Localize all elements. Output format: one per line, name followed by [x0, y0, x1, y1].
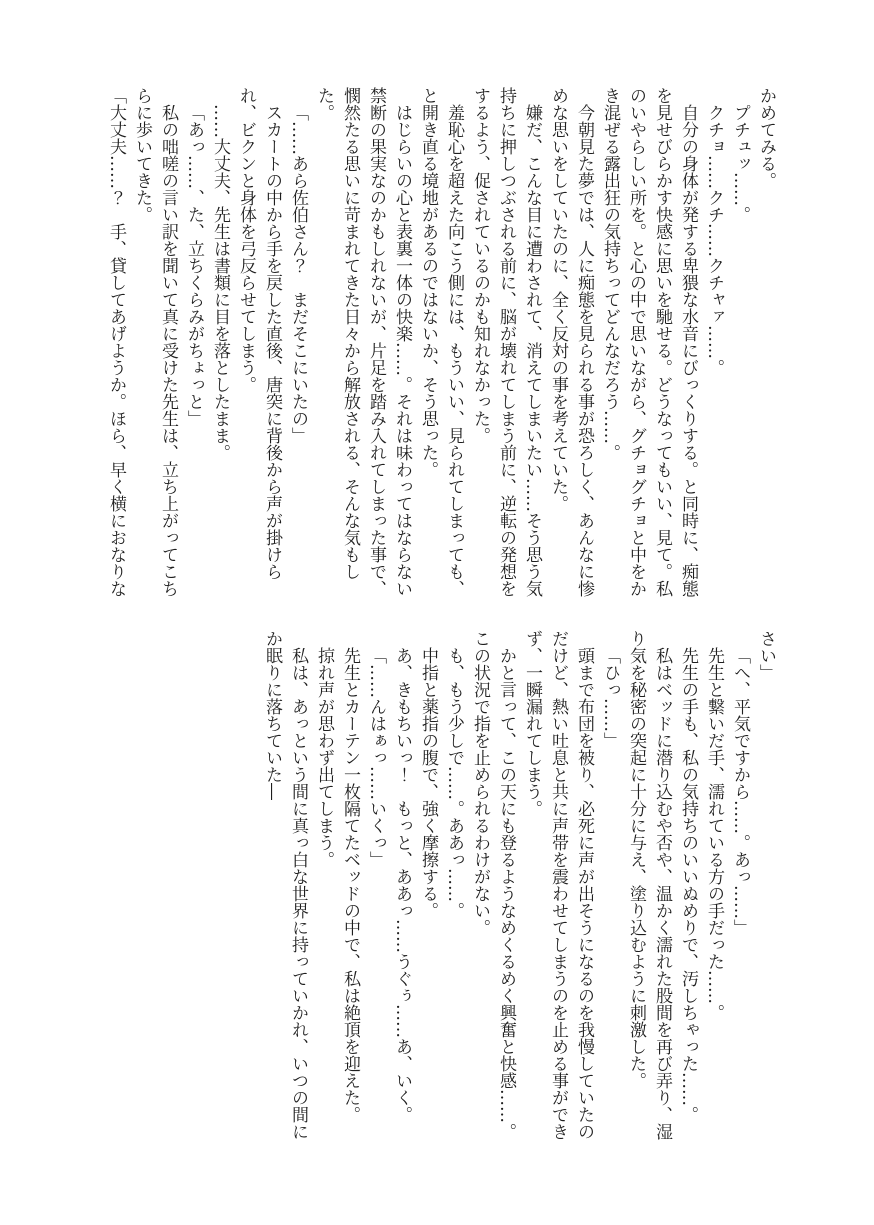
paragraph: 「ひっ……」	[597, 630, 623, 1140]
paragraph: 私は、あっという間に真っ白な世界に持っていかれ、いつの間にか眠りに落ちていた―	[259, 630, 311, 1140]
paragraph: かめてみる。	[753, 87, 779, 597]
paragraph: 頭まで布団を被り、必死に声が出そうになるのを我慢していたのだけど、熱い吐息と共に…	[519, 630, 597, 1140]
paragraph: さい」	[753, 630, 779, 1140]
paragraph: ……大丈夫、先生は書類に目を落としたまま。	[207, 87, 233, 597]
paragraph: 先生の手も、私の気持ちのいいぬめりで、汚しちゃった……。	[675, 630, 701, 1140]
paragraph: はじらいの心と表裏一体の快楽……。それは味わってはならない禁断の果実なのかもしれ…	[311, 87, 415, 597]
paragraph: 「あっ……、た、立ちくらみがちょっと」	[181, 87, 207, 597]
text-block-top: かめてみる。プチュッ……。クチョ……クチ……クチャァ……。自分の身体が発する卑猥…	[103, 87, 779, 597]
paragraph: 先生と繋いだ手、濡れている方の手だった……。	[701, 630, 727, 1140]
paragraph: 先生とカーテン一枚隔てたベッドの中で、私は絶頂を迎えた。	[337, 630, 363, 1140]
paragraph: も、もう少しで……。ああっ……。	[441, 630, 467, 1140]
paragraph: 「……んはぁっ……いくっ」	[363, 630, 389, 1140]
paragraph: 嫌だ、こんな目に遭わされて、消えてしまいたい……そう思う気持ちに押しつぶされる前…	[467, 87, 545, 597]
paragraph: 「へ、平気ですから……。あっ……」	[727, 630, 753, 1140]
paragraph: あ、きもちいっ！ もっと、ああっ……うぐぅ……あ、いく。	[389, 630, 415, 1140]
novel-page: かめてみる。プチュッ……。クチョ……クチ……クチャァ……。自分の身体が発する卑猥…	[0, 0, 874, 1225]
paragraph: 自分の身体が発する卑猥な水音にびっくりする。と同時に、痴態を見せびらかす快感に思…	[597, 87, 701, 597]
paragraph: 私の咄嗟の言い訳を聞いて真に受けた先生は、立ち上がってこちらに歩いてきた。	[129, 87, 181, 597]
paragraph: スカートの中から手を戻した直後、唐突に背後から声が掛けられ、ビクンと身体を弓反ら…	[233, 87, 285, 597]
paragraph: 中指と薬指の腹で、強く摩擦する。	[415, 630, 441, 1140]
text-block-bottom: さい」「へ、平気ですから……。あっ……」先生と繋いだ手、濡れている方の手だった……	[259, 630, 779, 1140]
paragraph: 掠れ声が思わず出てしまう。	[311, 630, 337, 1140]
paragraph: 「大丈夫……？ 手、貸してあげようか。ほら、早く横におなりな	[103, 87, 129, 597]
paragraph: 「……あら佐伯さん？ まだそこにいたの」	[285, 87, 311, 597]
paragraph: プチュッ……。	[727, 87, 753, 597]
paragraph: 今朝見た夢では、人に痴態を見られる事が恐ろしく、あんなに惨めな思いをしていたのに…	[545, 87, 597, 597]
paragraph: 私はベッドに潜り込むや否や、温かく濡れた股間を再び弄り、湿り気を秘密の突起に十分…	[623, 630, 675, 1140]
paragraph: かと言って、この天にも登るようなめくるめく興奮と快感……。この状況で指を止められ…	[467, 630, 519, 1140]
paragraph: 羞恥心を超えた向こう側には、もういい、見られてしまっても、と開き直る境地があるの…	[415, 87, 467, 597]
paragraph: クチョ……クチ……クチャァ……。	[701, 87, 727, 597]
